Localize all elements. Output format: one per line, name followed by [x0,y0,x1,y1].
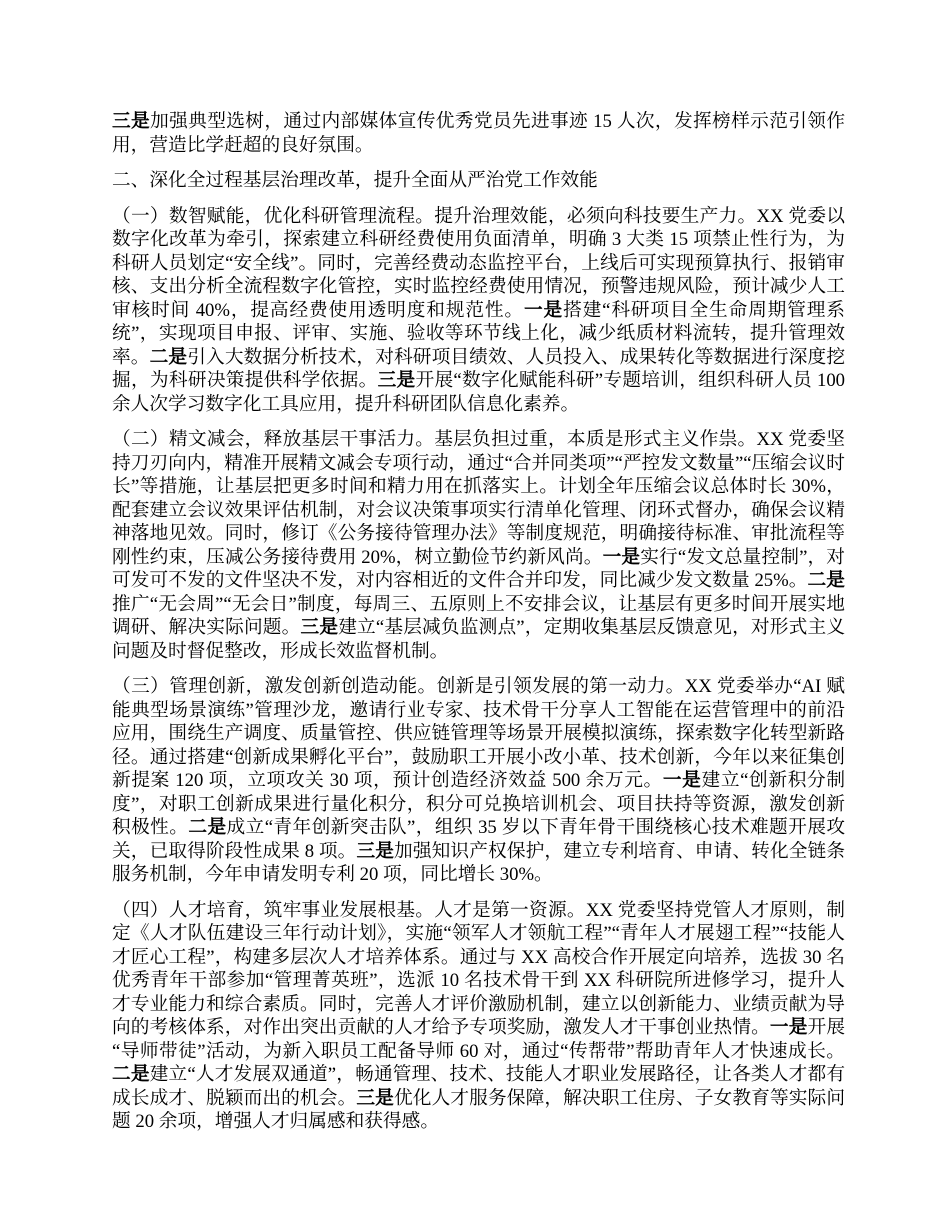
emphasis-run: 三是 [301,617,339,638]
emphasis-run: 一是 [603,547,641,568]
emphasis-run: 三是 [112,111,150,132]
emphasis-run: 二是 [808,570,845,591]
paragraph-digital-empowerment: （一）数智赋能，优化科研管理流程。提升治理效能，必须向科技要生产力。XX 党委以… [112,205,845,417]
emphasis-run: 一是 [770,1017,808,1038]
paragraph-meeting-document-reduction: （二）精文减会，释放基层干事活力。基层负担过重，本质是形式主义作祟。XX 党委坚… [112,428,845,663]
emphasis-run: 二是 [150,347,188,368]
emphasis-run: 二是 [112,1064,150,1085]
emphasis-run: 一是 [663,770,702,791]
emphasis-run: 三是 [378,370,416,391]
paragraph-management-innovation: （三）管理创新，激发创新创造动能。创新是引领发展的第一动力。XX 党委举办“AI… [112,675,845,887]
text-run: （四）人才培育，筑牢事业发展根基。人才是第一资源。XX 党委坚持党管人才原则，制… [112,900,845,1039]
emphasis-run: 三是 [356,841,394,862]
emphasis-run: 二是 [188,817,226,838]
paragraph-talent-cultivation: （四）人才培育，筑牢事业发展根基。人才是第一资源。XX 党委坚持党管人才原则，制… [112,899,845,1134]
emphasis-run: 三是 [356,1088,394,1109]
emphasis-run: 一是 [524,300,563,321]
section-heading-grassroots-governance: 二、深化全过程基层治理改革，提升全面从严治党工作效能 [112,169,845,193]
text-run: 加强典型选树，通过内部媒体宣传优秀党员先进事迹 15 人次，发挥榜样示范引领作用… [112,111,845,156]
document-body: 三是加强典型选树，通过内部媒体宣传优秀党员先进事迹 15 人次，发挥榜样示范引领… [112,110,845,1146]
paragraph-typical-role-models: 三是加强典型选树，通过内部媒体宣传优秀党员先进事迹 15 人次，发挥榜样示范引领… [112,110,845,157]
document-page: 三是加强典型选树，通过内部媒体宣传优秀党员先进事迹 15 人次，发挥榜样示范引领… [0,0,950,1230]
